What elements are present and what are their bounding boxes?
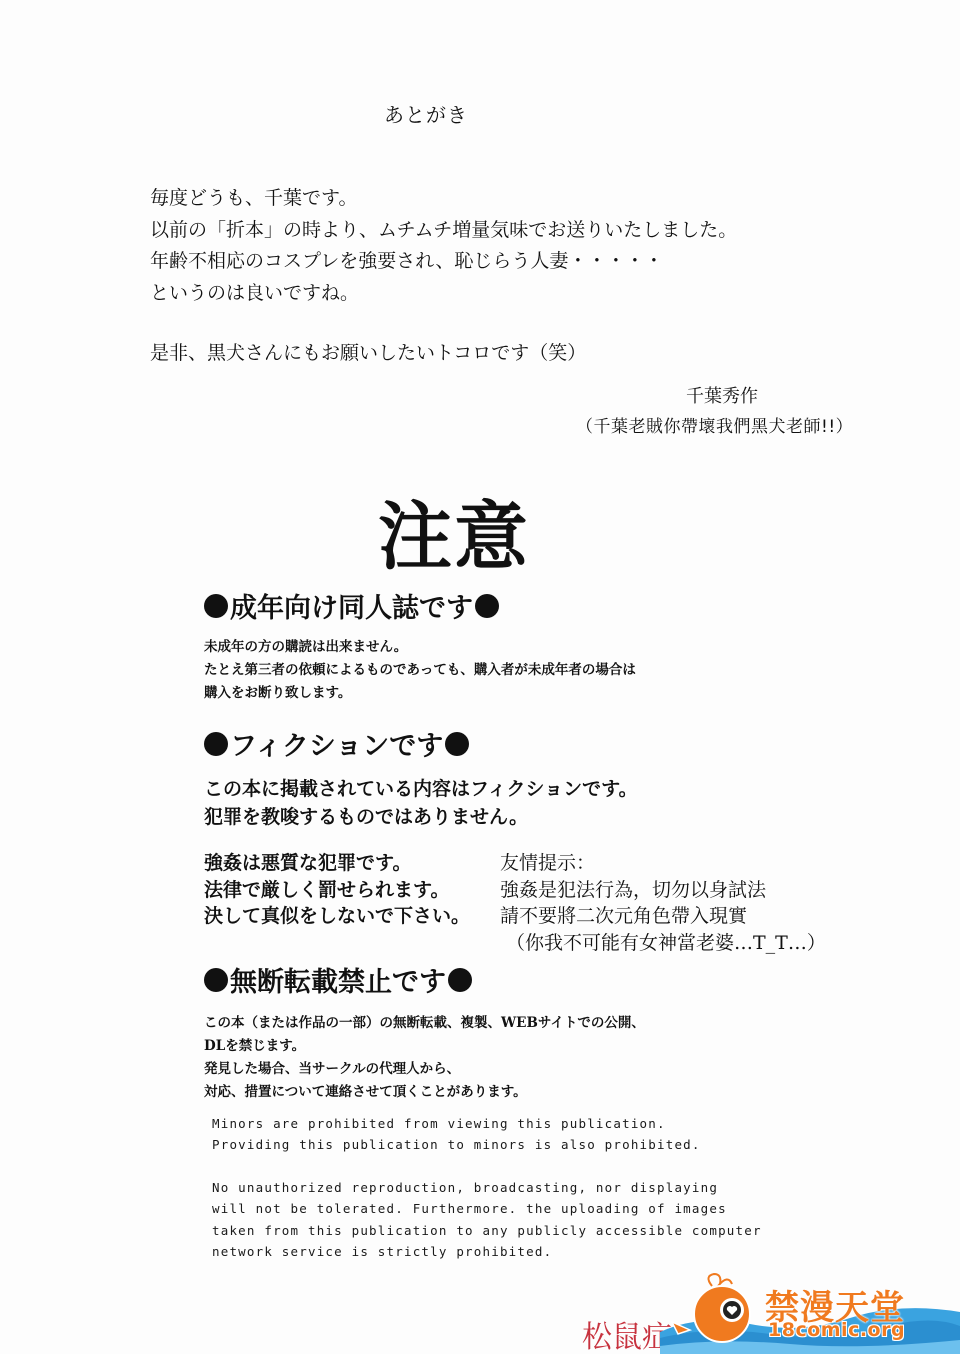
logo-domain-text: 18comic.org [768,1319,905,1341]
section-heading-adult: 成年向け同人誌です [204,586,499,625]
afterword-title: あとがき [384,99,468,128]
bullet-icon [204,732,228,756]
section-body-no-reprint: この本（または作品の一部）の無断転載、複製、WEBサイトでの公開、 DLを禁じま… [204,1012,645,1104]
watermark-text: 松鼠症 [582,1312,672,1354]
afterword-body: 毎度どうも、千葉です。 以前の「折本」の時より、ムチムチ増量気味でお送りいたしま… [150,183,737,370]
bullet-icon [204,594,228,618]
bullet-icon [445,732,469,756]
warning-japanese: 強姦は悪質な犯罪です。 法律で厳しく罰せられます。 決して真似をしないで下さい。 [204,850,470,930]
caution-title: 注意 [378,492,530,582]
afterword-line: 毎度どうも、千葉です。 [150,183,737,215]
bullet-icon [448,968,472,992]
section-heading-no-reprint: 無断転載禁止です [204,960,472,999]
section-body-adult: 未成年の方の購読は出来ません。 たとえ第三者の依頼によるものであっても、購入者が… [204,636,636,705]
english-notice-reproduction: No unauthorized reproduction, broadcasti… [212,1177,762,1262]
spacer [150,309,737,338]
section-body-fiction: この本に掲載されている内容はフィクションです。 犯罪を教唆するものではありません… [204,775,638,831]
bullet-icon [475,594,499,618]
afterword-line: 是非、黒犬さんにもお願いしたいトコロです（笑） [150,338,737,370]
afterword-line: 以前の「折本」の時より、ムチムチ増量気味でお送りいたしました。 [150,215,737,247]
afterword-line: というのは良いですね。 [150,278,737,310]
section-heading-fiction: フィクションです [204,724,469,763]
english-notice-minors: Minors are prohibited from viewing this … [212,1113,701,1156]
afterword-line: 年齢不相応のコスプレを強要され、恥じらう人妻・・・・・ [150,246,737,278]
bullet-icon [204,968,228,992]
site-logo[interactable]: 禁漫天堂 18comic.org [660,1272,960,1354]
author-signature: 千葉秀作 [686,382,758,408]
translator-note: （千葉老賊你帶壞我們黑犬老師!!） [576,412,853,437]
warning-chinese: 友情提示： 強姦是犯法行為，切勿以身試法 請不要將二次元角色帶入現實 （你我不可… [500,850,826,956]
